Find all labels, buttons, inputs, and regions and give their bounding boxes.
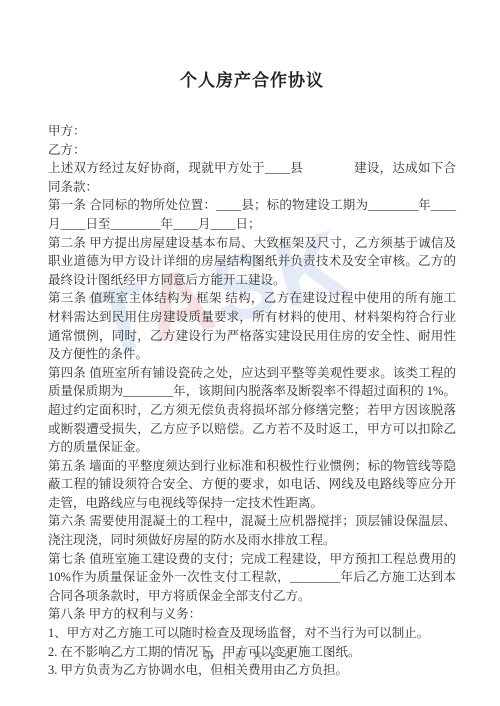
clause-8: 第八条 甲方的权利与义务： xyxy=(48,605,456,624)
document-body: 个人房产合作协议 甲方： 乙方： 上述双方经过友好协商，现就甲方处于____县 … xyxy=(48,0,456,680)
clause-1: 第一条 合同标的物所处位置：____县；标的物建设工期为________年___… xyxy=(48,196,456,233)
clause-4: 第四条 值班室所有铺设瓷砖之处，应达到平整等美观性要求。该类工程的质量保质期为_… xyxy=(48,364,456,457)
clause-8-item-1: 1、甲方对乙方施工可以随时检查及现场监督，对不当行为可以制止。 xyxy=(48,624,456,643)
clause-2: 第二条 甲方提出房屋建设基本布局、大致框架及尺寸，乙方须基于诚信及职业道德为甲方… xyxy=(48,234,456,290)
preamble: 上述双方经过友好协商，现就甲方处于____县 建设，达成如下合同条款： xyxy=(48,159,456,196)
clause-6: 第六条 需要使用混凝土的工程中，混凝土应机器搅拌；顶层铺设保温层、浇注现浇，同时… xyxy=(48,512,456,549)
party-b-line: 乙方： xyxy=(48,141,456,160)
clause-3: 第三条 值班室主体结构为 框架 结构，乙方在建设过程中使用的所有施工材料需达到民… xyxy=(48,289,456,363)
page-footer: 第 1 页 共 2 页 xyxy=(0,648,500,662)
clause-5: 第五条 墙面的平整度须达到行业标准和积极性行业惯例；标的物管线等隐蔽工程的铺设须… xyxy=(48,457,456,513)
document-page: TASK 个人房产合作协议 甲方： 乙方： 上述双方经过友好协商，现就甲方处于_… xyxy=(0,0,500,706)
clause-8-item-3: 3. 甲方负责为乙方协调水电，但相关费用由乙方负担。 xyxy=(48,661,456,680)
document-title: 个人房产合作协议 xyxy=(48,66,456,91)
party-a-line: 甲方： xyxy=(48,122,456,141)
clause-7: 第七条 值班室施工建设费的支付；完成工程建设，甲方预扣工程总费用的 10%作为质… xyxy=(48,550,456,606)
